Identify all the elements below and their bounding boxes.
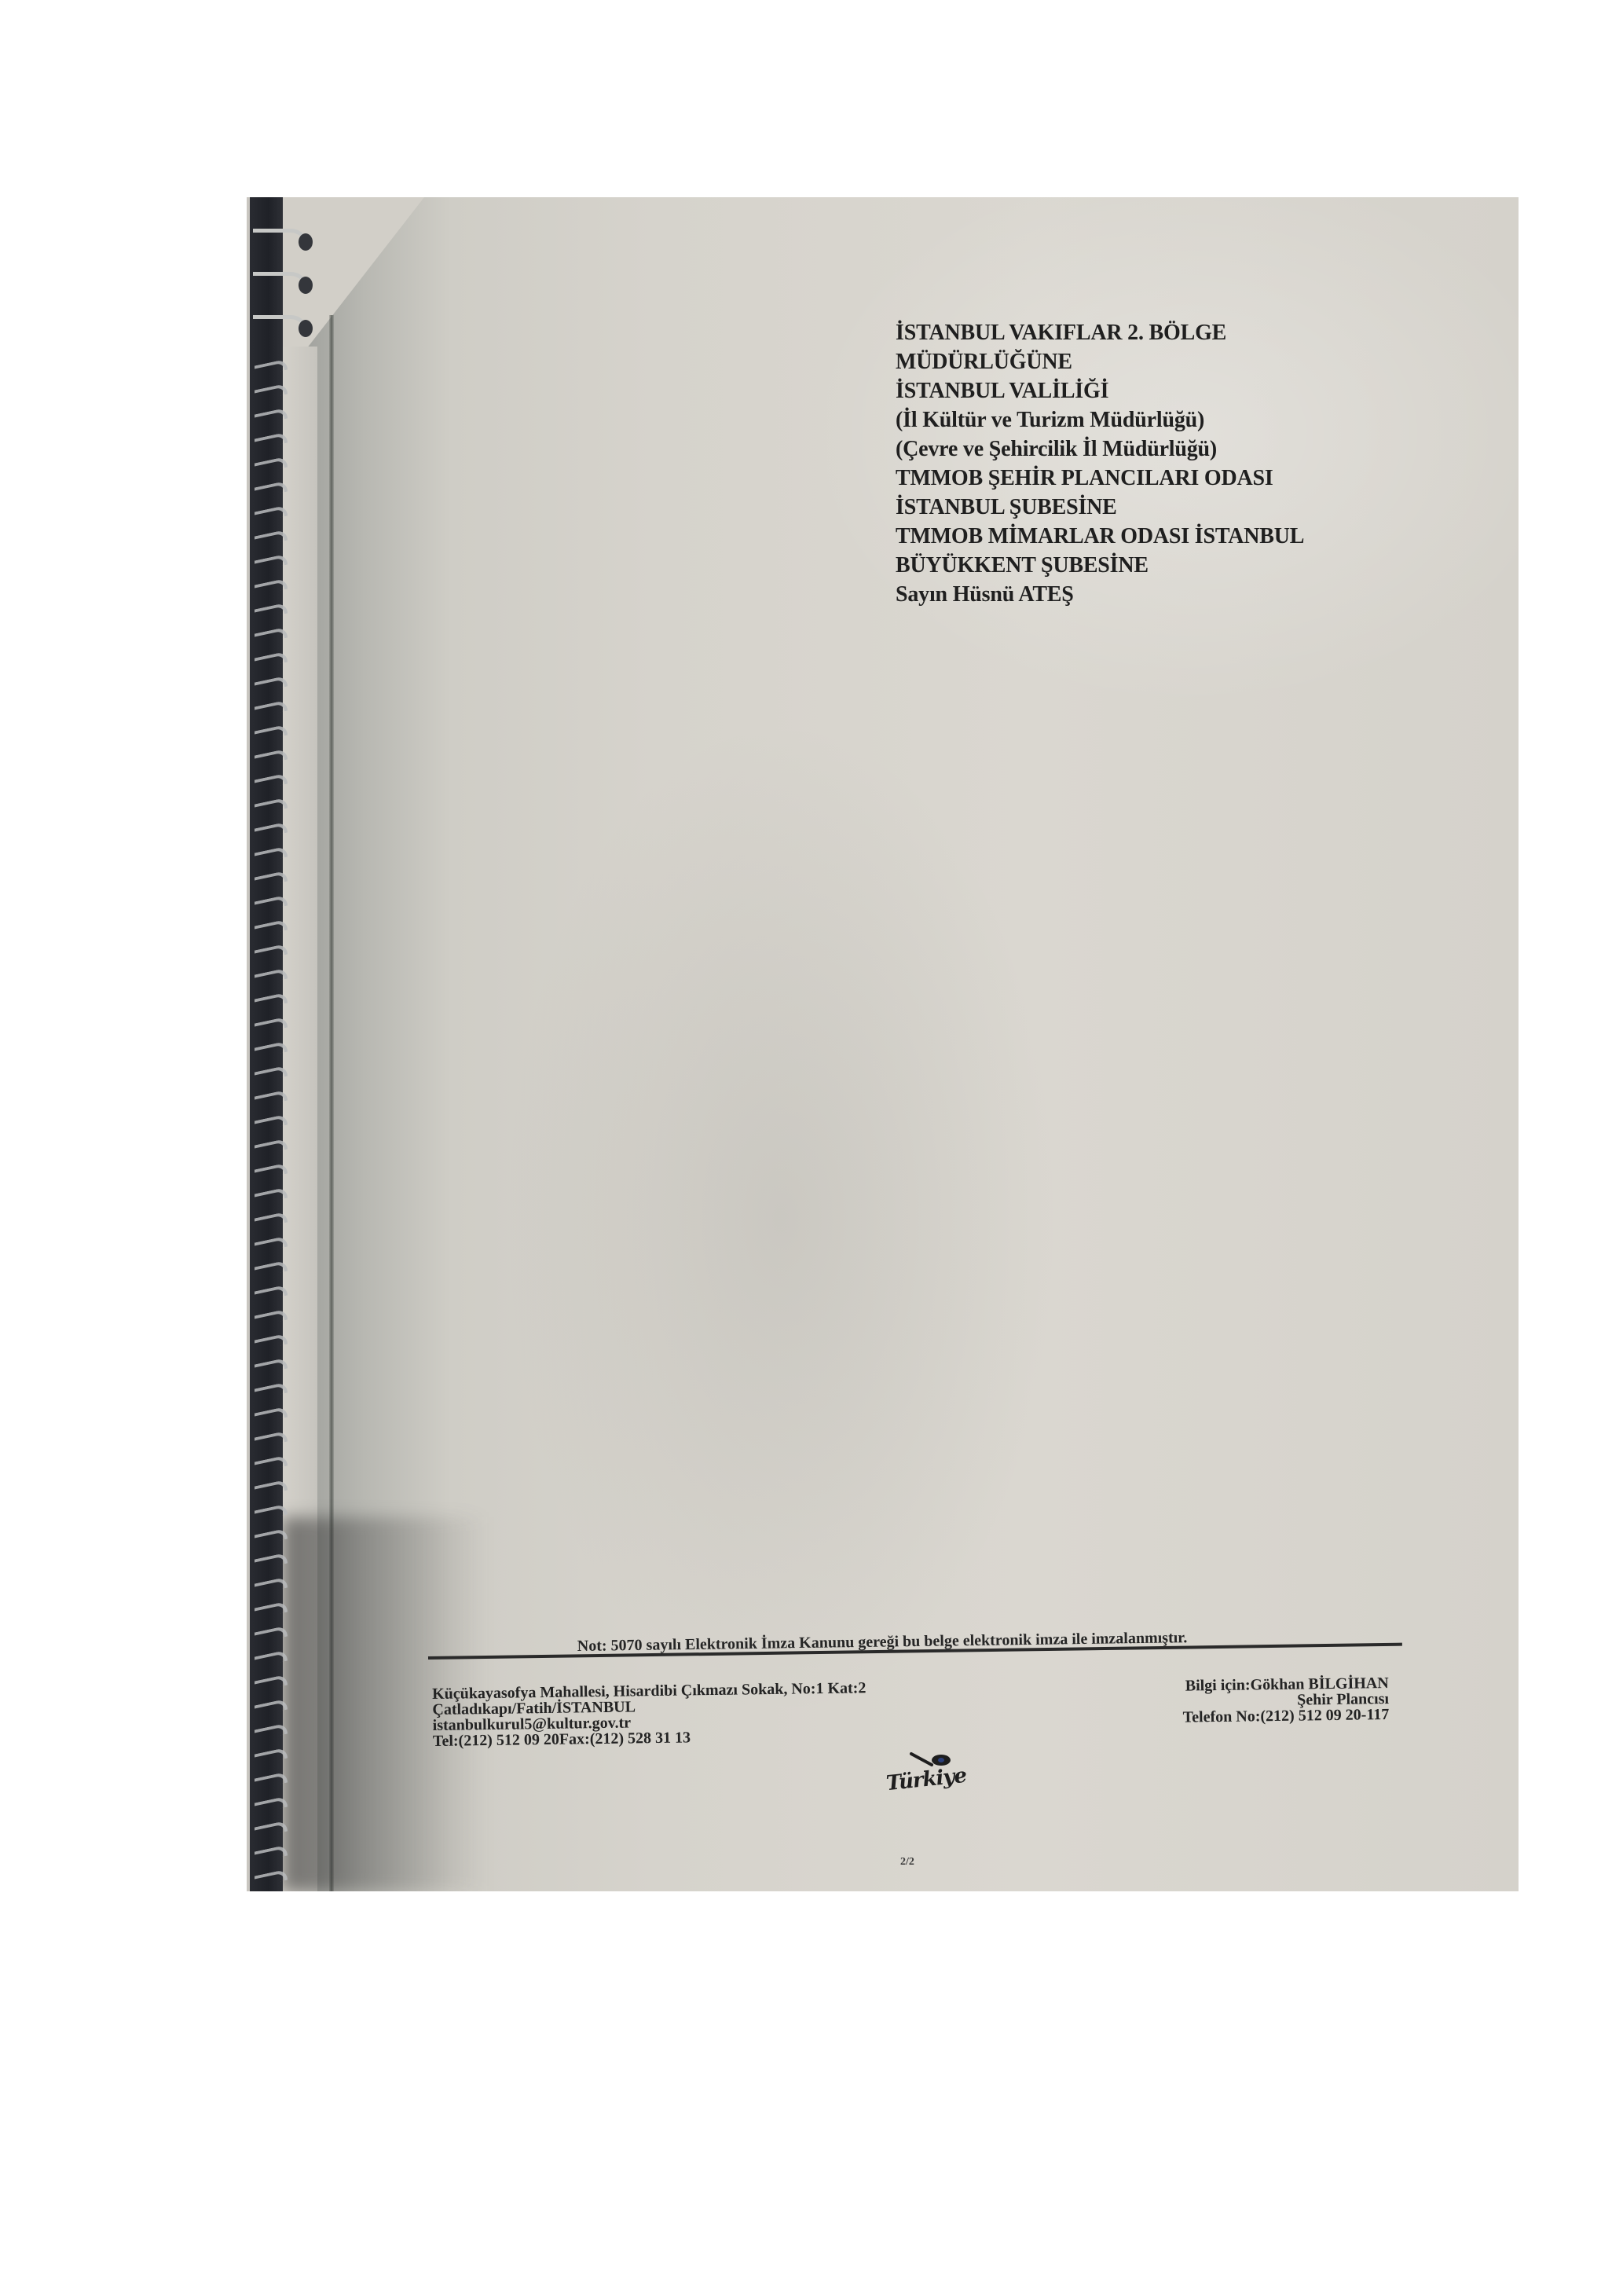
recipient-line: (İl Kültür ve Turizm Müdürlüğü) (896, 405, 1304, 435)
binding-coil-end (299, 320, 313, 337)
turkiye-logo: Türkiye (874, 1751, 976, 1806)
recipient-line: TMMOB MİMARLAR ODASI İSTANBUL (896, 522, 1304, 551)
recipient-line: İSTANBUL ŞUBESİNE (896, 493, 1304, 522)
binding-coil-end (299, 233, 313, 251)
footer-address: Küçükayasofya Mahallesi, Hisardibi Çıkma… (432, 1680, 866, 1749)
binding-edge (247, 197, 250, 1891)
contact-phone: Telefon No:(212) 512 09 20-117 (1183, 1707, 1390, 1726)
logo-text: Türkiye (885, 1764, 968, 1796)
recipient-block: İSTANBUL VAKIFLAR 2. BÖLGE MÜDÜRLÜĞÜNE İ… (896, 318, 1304, 609)
page-number: 2/2 (900, 1856, 914, 1869)
recipient-line: BÜYÜKKENT ŞUBESİNE (896, 551, 1304, 580)
recipient-salutation: Sayın Hüsnü ATEŞ (896, 580, 1304, 609)
recipient-line: MÜDÜRLÜĞÜNE (896, 347, 1304, 376)
binding-coil-end (299, 277, 313, 294)
footer-contact: Bilgi için:Gökhan BİLGİHAN Şehir Plancıs… (1182, 1675, 1389, 1726)
recipient-line: İSTANBUL VALİLİĞİ (896, 376, 1304, 405)
recipient-line: (Çevre ve Şehircilik İl Müdürlüğü) (896, 435, 1304, 464)
recipient-line: İSTANBUL VAKIFLAR 2. BÖLGE (896, 318, 1304, 347)
recipient-line: TMMOB ŞEHİR PLANCILARI ODASI (896, 464, 1304, 493)
